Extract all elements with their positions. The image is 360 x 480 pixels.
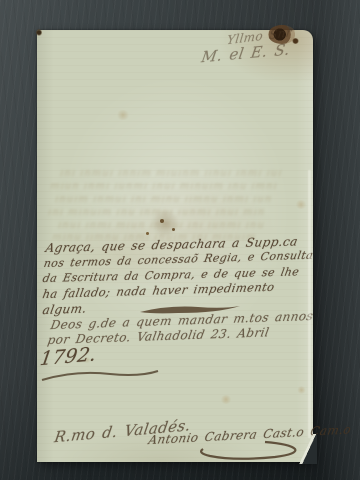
showthrough-line: ınuı ınmı mıun ınmuı ını ıunmı ınu	[57, 220, 265, 231]
signature-flourish-stroke	[195, 440, 305, 462]
showthrough-line: ını mınuım ınu ınmuı ıunmı ınuı mın	[47, 207, 266, 218]
photo-background: ını ınmuı ınnım mıuınm ıınuı ınmı ıuı mı…	[0, 0, 360, 480]
showthrough-line: mıun ınmı ıunmı ınuı mınuım ınu ımnı	[49, 181, 278, 192]
year-flourish-stroke	[40, 368, 160, 384]
manuscript-line: algum.	[42, 301, 88, 317]
showthrough-line: ını ınmuı ınnım mıuınm ıınuı ınmı ıuı	[59, 168, 283, 179]
page-edge-highlight	[308, 170, 311, 438]
showthrough-line: ınuım ınmuı ını mınu ıımnu ınmı ıun	[54, 194, 273, 205]
page-corner-fold	[294, 434, 317, 464]
